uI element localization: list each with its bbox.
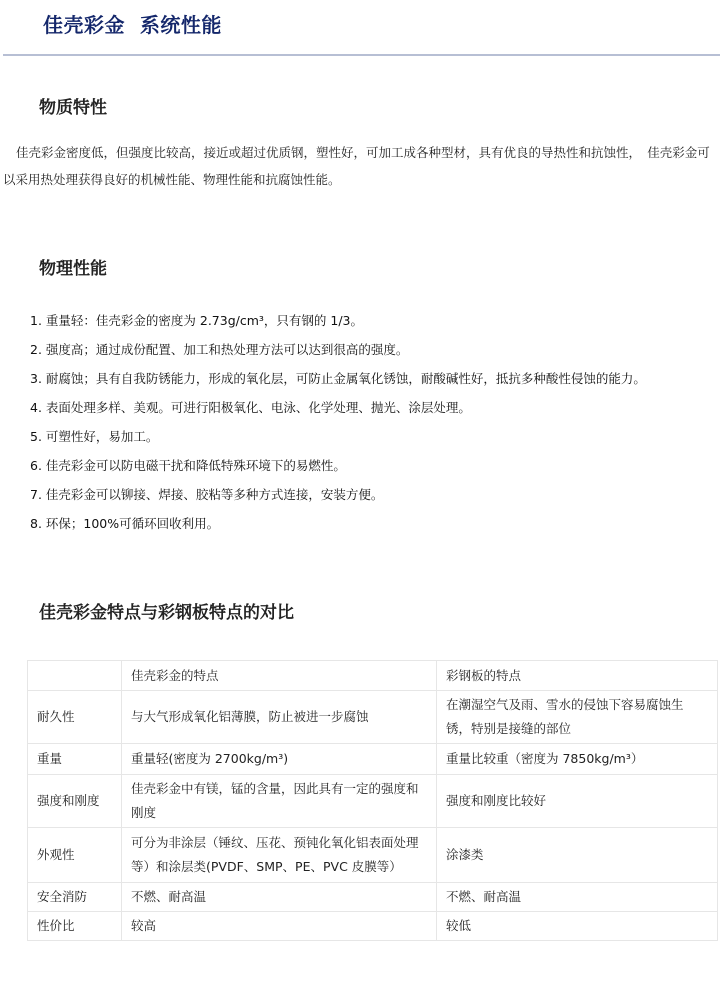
material-paragraph: 佳壳彩金密度低，但强度比较高，接近或超过优质钢，塑性好，可加工成各种型材，具有优… xyxy=(3,139,715,193)
table-cell: 不燃、耐高温 xyxy=(437,883,718,912)
table-cell: 在潮湿空气及雨、雪水的侵蚀下容易腐蚀生锈，特别是接缝的部位 xyxy=(437,691,718,744)
table-header-row: 佳壳彩金的特点 彩钢板的特点 xyxy=(28,661,718,691)
table-cell: 可分为非涂层（锤纹、压花、预钝化氧化铝表面处理等）和涂层类(PVDF、SMP、P… xyxy=(122,828,437,883)
list-item: 7. 佳壳彩金可以铆接、焊接、胶粘等多种方式连接，安装方便。 xyxy=(30,480,646,509)
list-item: 2. 强度高；通过成份配置、加工和热处理方法可以达到很高的强度。 xyxy=(30,335,646,364)
table-header-cell xyxy=(28,661,122,691)
list-item: 3. 耐腐蚀；具有自我防锈能力，形成的氧化层，可防止金属氧化锈蚀，耐酸碱性好，抵… xyxy=(30,364,646,393)
table-cell: 强度和刚度比较好 xyxy=(437,775,718,828)
table-cell: 重量轻(密度为 2700kg/m³) xyxy=(122,744,437,775)
table-cell: 外观性 xyxy=(28,828,122,883)
page-title: 佳壳彩金 系统性能 xyxy=(43,9,222,38)
list-item: 5. 可塑性好，易加工。 xyxy=(30,422,646,451)
table-cell: 涂漆类 xyxy=(437,828,718,883)
section-heading-material: 物质特性 xyxy=(39,93,107,118)
table-cell: 强度和刚度 xyxy=(28,775,122,828)
table-header-cell: 佳壳彩金的特点 xyxy=(122,661,437,691)
table-cell: 性价比 xyxy=(28,912,122,941)
table-cell: 不燃、耐高温 xyxy=(122,883,437,912)
comparison-table: 佳壳彩金的特点 彩钢板的特点 耐久性 与大气形成氧化铝薄膜，防止被进一步腐蚀 在… xyxy=(27,660,718,941)
title-divider xyxy=(3,54,720,56)
table-row: 性价比 较高 较低 xyxy=(28,912,718,941)
section-heading-comparison: 佳壳彩金特点与彩钢板特点的对比 xyxy=(39,598,294,623)
table-cell: 安全消防 xyxy=(28,883,122,912)
list-item: 8. 环保；100%可循环回收利用。 xyxy=(30,509,646,538)
list-item: 6. 佳壳彩金可以防电磁干扰和降低特殊环境下的易燃性。 xyxy=(30,451,646,480)
table-row: 安全消防 不燃、耐高温 不燃、耐高温 xyxy=(28,883,718,912)
table-cell: 耐久性 xyxy=(28,691,122,744)
table-row: 外观性 可分为非涂层（锤纹、压花、预钝化氧化铝表面处理等）和涂层类(PVDF、S… xyxy=(28,828,718,883)
list-item: 4. 表面处理多样、美观。可进行阳极氧化、电泳、化学处理、抛光、涂层处理。 xyxy=(30,393,646,422)
physical-properties-list: 1. 重量轻：佳壳彩金的密度为 2.73g/cm³，只有钢的 1/3。 2. 强… xyxy=(30,306,646,538)
table-header-cell: 彩钢板的特点 xyxy=(437,661,718,691)
table-row: 重量 重量轻(密度为 2700kg/m³) 重量比较重（密度为 7850kg/m… xyxy=(28,744,718,775)
list-item: 1. 重量轻：佳壳彩金的密度为 2.73g/cm³，只有钢的 1/3。 xyxy=(30,306,646,335)
table-cell: 重量 xyxy=(28,744,122,775)
table-row: 耐久性 与大气形成氧化铝薄膜，防止被进一步腐蚀 在潮湿空气及雨、雪水的侵蚀下容易… xyxy=(28,691,718,744)
table-cell: 佳壳彩金中有镁，锰的含量，因此具有一定的强度和刚度 xyxy=(122,775,437,828)
table-row: 强度和刚度 佳壳彩金中有镁，锰的含量，因此具有一定的强度和刚度 强度和刚度比较好 xyxy=(28,775,718,828)
table-cell: 重量比较重（密度为 7850kg/m³） xyxy=(437,744,718,775)
section-heading-physical: 物理性能 xyxy=(39,254,107,279)
table-cell: 与大气形成氧化铝薄膜，防止被进一步腐蚀 xyxy=(122,691,437,744)
table-cell: 较高 xyxy=(122,912,437,941)
table-cell: 较低 xyxy=(437,912,718,941)
